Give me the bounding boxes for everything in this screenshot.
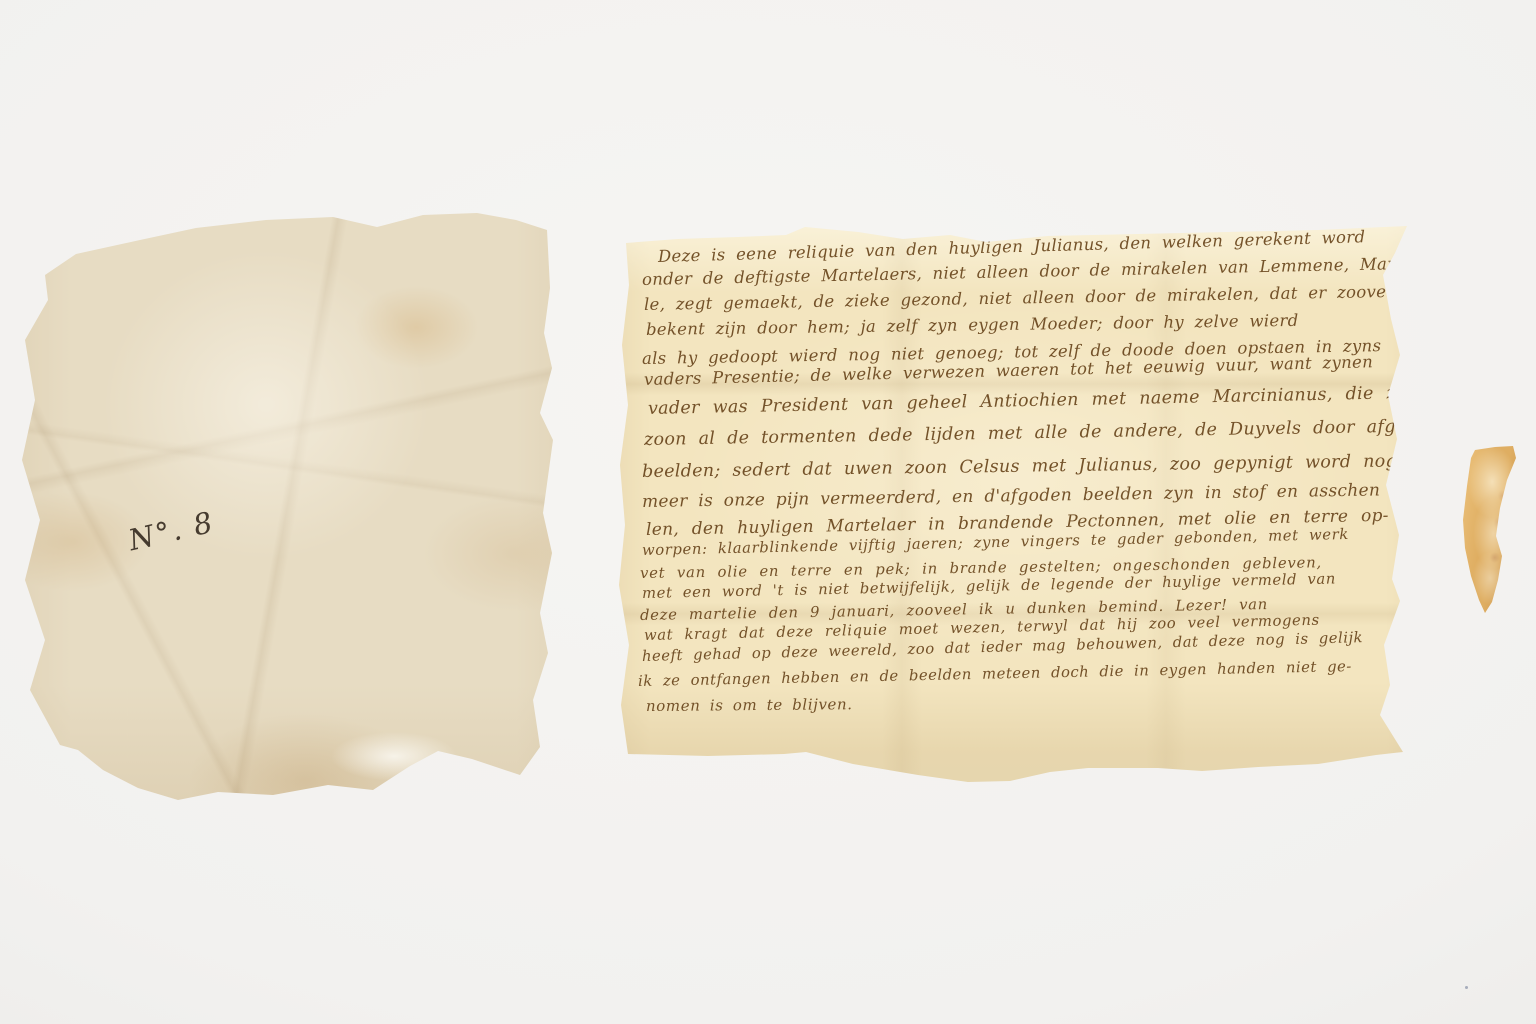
handwritten-line: zoon al de tormenten dede lijden met all… [644, 417, 1392, 450]
handwritten-letter: Deze is eene reliquie van den huyligen J… [618, 223, 1418, 798]
bone-relic-fragment [1455, 444, 1519, 616]
handwritten-line: nomen is om te blijven. [646, 689, 1394, 716]
letter-text-block: Deze is eene reliquie van den huyligen J… [618, 223, 1418, 798]
crumpled-parchment: N°. 8 [16, 208, 572, 804]
handwritten-line: vader was President van geheel Antiochie… [648, 383, 1396, 419]
photo-scene: N°. 8 Deze is eene reliquie van den huyl… [0, 0, 1536, 1024]
parchment-number-label: N°. 8 [125, 505, 217, 558]
handwritten-line: bekent zijn door hem; ja zelf zyn eygen … [646, 310, 1394, 340]
handwritten-line: beelden; sedert dat uwen zoon Celsus met… [642, 452, 1390, 482]
dust-speck [1465, 986, 1468, 989]
